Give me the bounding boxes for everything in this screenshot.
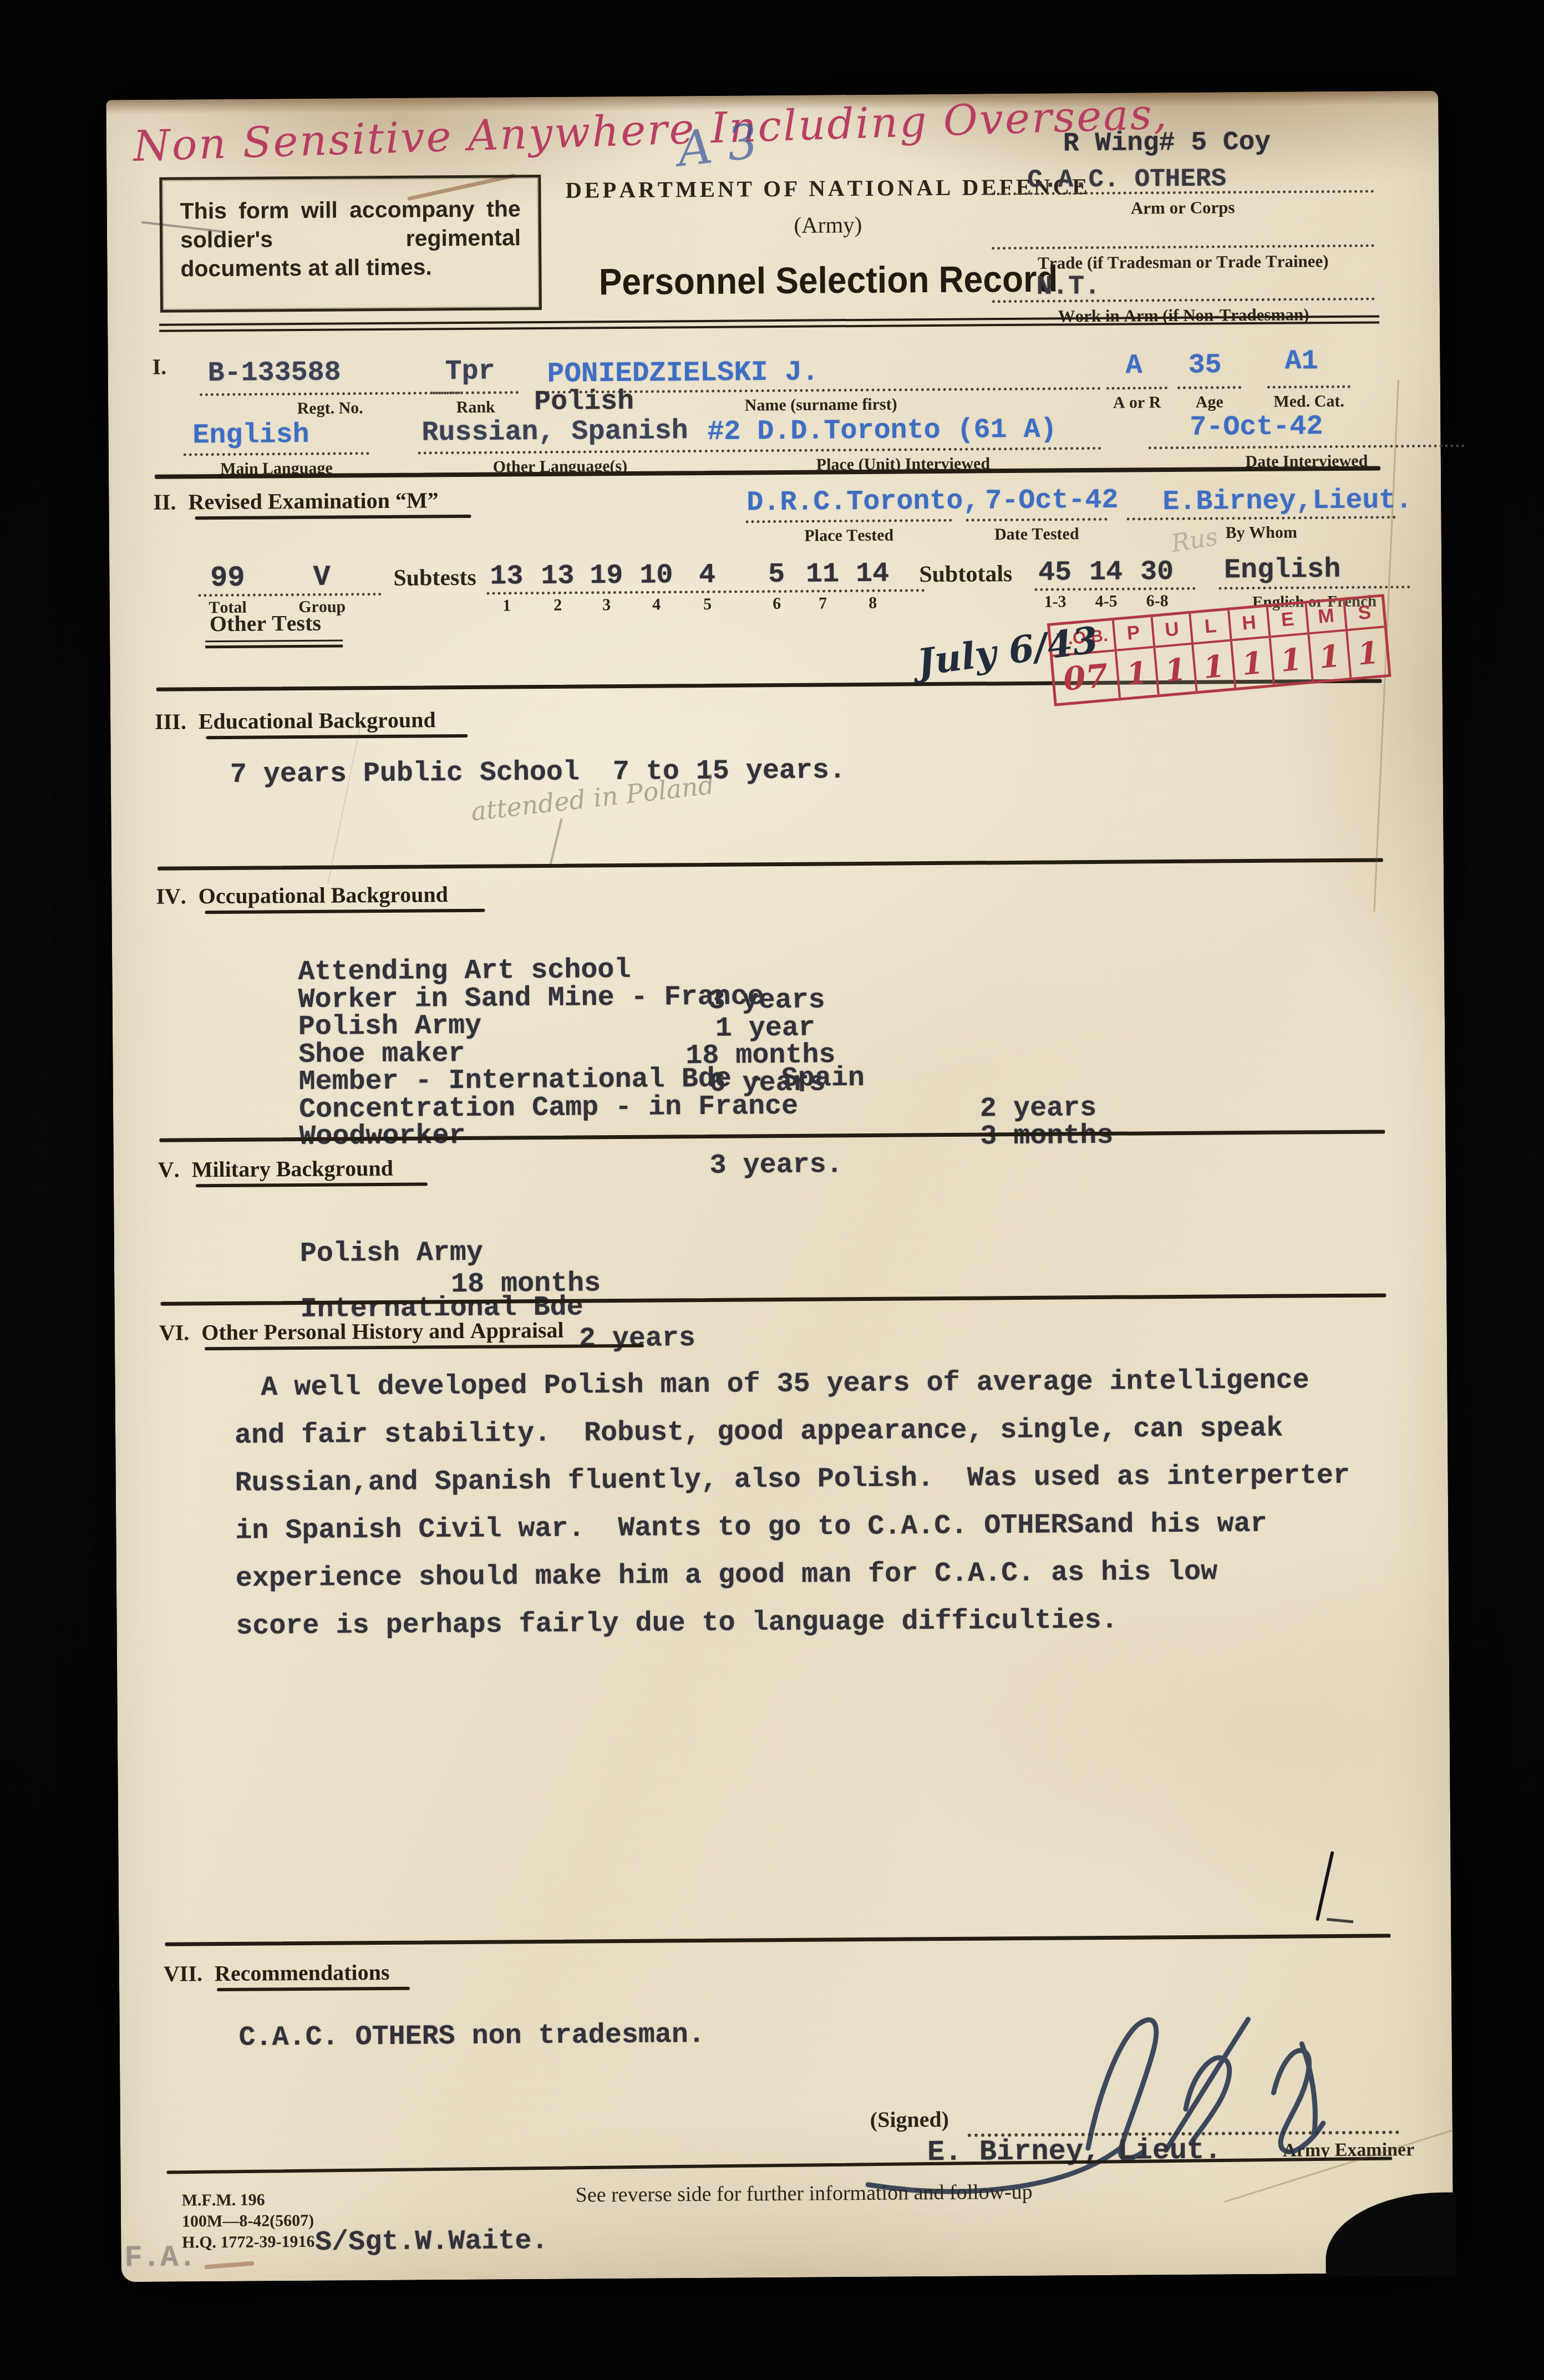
other-tests-underline xyxy=(205,639,343,648)
ghost-stamp-dashes xyxy=(204,2261,254,2270)
reverse-side-note: See reverse side for further information… xyxy=(576,2180,1033,2208)
stamp-m-value: 1 xyxy=(1309,631,1350,680)
stamp-p-value: 1 xyxy=(1117,648,1157,698)
main-language-field: Main Language xyxy=(184,452,369,453)
section6-numeral: VI. xyxy=(159,1319,190,1345)
ink-check-tick xyxy=(1327,1918,1353,1924)
stamp-l-header: L xyxy=(1191,611,1230,645)
education-line: 7 years Public School 7 to 15 years. xyxy=(230,755,846,791)
subtest-8-index: 8 xyxy=(852,595,894,612)
signature-script xyxy=(825,1989,1345,2208)
section4-numeral: IV. xyxy=(156,883,186,909)
language-leader-line xyxy=(1218,586,1410,589)
unit-line: R Wing# 5 Coy xyxy=(1063,128,1271,159)
paper-crease xyxy=(327,721,362,884)
stamp-col-s: S 1 xyxy=(1345,597,1389,678)
section7-title: Recommendations xyxy=(215,1959,390,1986)
section7-heading: VII. Recommendations xyxy=(164,1959,390,1987)
ink-check-stroke xyxy=(1316,1851,1334,1921)
section5-heading: V. Military Background xyxy=(158,1155,394,1183)
section2-heading: II. Revised Examination “M” xyxy=(153,487,439,515)
tested-by-label: By Whom xyxy=(1127,522,1396,543)
stamp-u-header: U xyxy=(1152,614,1191,648)
print-run-code: 100M—8-42(5607) xyxy=(182,2211,314,2231)
med-cat-value: A1 xyxy=(1284,345,1318,377)
regt-no-line xyxy=(200,391,460,396)
section6-heading: VI. Other Personal History and Appraisal xyxy=(159,1317,564,1346)
notice-text: This form will accompany the soldier's r… xyxy=(180,194,521,283)
section3-numeral: III. xyxy=(155,708,186,734)
trade-field: Trade (if Tradesman or Trade Trainee) xyxy=(992,244,1374,247)
group-value: V xyxy=(286,563,358,592)
rank-line xyxy=(433,391,519,394)
total-value: 99 xyxy=(191,563,263,593)
subtotal-1: 45 1-3 xyxy=(1030,559,1080,611)
rank-label: Rank xyxy=(433,398,519,417)
form-page: Non Sensitive Anywhere Including Oversea… xyxy=(106,91,1453,2282)
place-interviewed-value: #2 D.D.Toronto (61 A) xyxy=(707,414,1057,447)
stamp-e-value: 1 xyxy=(1271,635,1311,684)
appraisal-line: A well developed Polish man of 35 years … xyxy=(261,1365,1309,1403)
military-duration: 2 years xyxy=(579,1323,695,1355)
subtest-1-index: 1 xyxy=(486,597,528,614)
section3-underline xyxy=(206,734,468,739)
main-language-value: English xyxy=(192,419,309,451)
stamp-col-u: U 1 xyxy=(1152,614,1198,695)
a-or-r-label: A or R xyxy=(1106,393,1167,413)
other-language-field: Other Language(s) xyxy=(418,450,702,452)
section5-underline xyxy=(196,1182,428,1187)
subtests-label: Subtests xyxy=(393,565,476,592)
stamp-h-header: H xyxy=(1230,607,1268,642)
date-tested-value: 7-Oct-42 xyxy=(985,485,1118,517)
subtotal-1-range: 1-3 xyxy=(1030,593,1080,611)
appraisal-line: and fair stability. Robust, good appeara… xyxy=(235,1413,1283,1452)
date-interviewed-field: Date Interviewed xyxy=(1149,444,1465,446)
section2-numeral: II. xyxy=(153,489,176,515)
rank-value: Tpr xyxy=(445,356,495,388)
section3-heading: III. Educational Background xyxy=(155,706,436,735)
blue-overlay-mark: A 3 xyxy=(675,114,760,177)
stamp-p-header: P xyxy=(1114,617,1153,652)
subtest-7-value: 11 xyxy=(801,561,844,589)
subtest-6: 5 6 xyxy=(755,561,798,613)
subtest-5-index: 5 xyxy=(687,596,729,613)
section6-title: Other Personal History and Appraisal xyxy=(201,1317,564,1346)
place-interviewed-line xyxy=(705,447,1101,452)
notice-box: This form will accompany the soldier's r… xyxy=(159,175,542,313)
age-value: 35 xyxy=(1188,349,1221,381)
subtest-3-index: 3 xyxy=(586,597,628,614)
subtotals-label: Subtotals xyxy=(919,561,1012,588)
section2-underline xyxy=(195,515,471,520)
rank-field: Rank xyxy=(433,391,519,391)
section7-underline xyxy=(217,1987,410,1991)
subtest-1-value: 13 xyxy=(485,563,527,591)
stamp-col-m: M 1 xyxy=(1307,600,1352,681)
ghost-stamp-text: F.A. xyxy=(124,2241,196,2275)
appraisal-line: score is perhaps fairly due to language … xyxy=(236,1605,1118,1642)
subtest-6-value: 5 xyxy=(755,561,798,589)
arm-corps-label: Arm or Corps xyxy=(992,196,1374,219)
section4-underline xyxy=(205,909,485,914)
total-cell: 99 Total xyxy=(191,563,264,616)
subtest-4-value: 10 xyxy=(635,562,677,590)
age-label: Age xyxy=(1177,393,1241,412)
subtotal-2-range: 4-5 xyxy=(1081,593,1131,611)
subtotal-3-range: 6-8 xyxy=(1132,593,1182,610)
stamp-col-l: L 1 xyxy=(1191,611,1237,691)
name-value: PONIEDZIELSKI J. xyxy=(547,357,819,390)
section5-numeral: V. xyxy=(158,1157,180,1183)
hq-code: H.Q. 1772-39-1916 xyxy=(182,2232,314,2252)
a-or-r-value: A xyxy=(1125,350,1142,382)
other-tests-label: Other Tests xyxy=(210,610,321,637)
torn-corner xyxy=(1325,2193,1456,2277)
subtest-7-index: 7 xyxy=(802,595,844,612)
place-tested-value: D.R.C.Toronto, xyxy=(746,485,979,518)
subtest-7: 11 7 xyxy=(801,561,844,612)
tested-by-value: E.Birney,Lieut. xyxy=(1162,485,1412,518)
nationality-value: Polish xyxy=(534,386,634,418)
subtest-4: 10 4 xyxy=(635,562,678,613)
form-number: M.F.M. 196 xyxy=(182,2191,265,2210)
trade-label: Trade (if Tradesman or Trade Trainee) xyxy=(992,251,1374,273)
regt-no-field: Regt. No. xyxy=(200,391,460,393)
subtest-2-index: 2 xyxy=(537,597,579,614)
stamp-e-header: E xyxy=(1268,604,1307,638)
age-field: Age xyxy=(1177,386,1241,387)
subtest-2-value: 13 xyxy=(536,563,578,591)
place-tested-field: Place Tested xyxy=(746,519,952,521)
pencil-stroke xyxy=(550,818,563,865)
occupation-duration: 3 years. xyxy=(710,1149,843,1182)
test-language-value: English xyxy=(1224,554,1340,586)
stamp-u-value: 1 xyxy=(1155,645,1196,694)
subtest-1: 13 1 xyxy=(485,563,528,614)
stamp-s-header: S xyxy=(1345,597,1384,632)
work-in-arm-value: N.T. xyxy=(1037,272,1101,302)
age-line xyxy=(1177,386,1241,389)
section4-heading: IV. Occupational Background xyxy=(156,881,448,909)
a-or-r-line xyxy=(1106,387,1167,390)
regt-no-value: B-133588 xyxy=(208,357,341,389)
med-cat-field: Med. Cat. xyxy=(1267,385,1350,386)
arm-corps-value: C.A.C. OTHERS xyxy=(1027,164,1226,195)
date-interviewed-line xyxy=(1149,444,1465,449)
red-handwritten-note: Non Sensitive Anywhere Including Oversea… xyxy=(133,89,1169,171)
header-divider xyxy=(159,315,1379,332)
clerk-name-typed: S/Sgt.W.Waite. xyxy=(315,2225,548,2259)
subtest-3-value: 19 xyxy=(585,562,627,591)
subtest-5: 4 5 xyxy=(686,562,729,613)
section1-numeral: I. xyxy=(152,354,166,380)
stamp-s-value: 1 xyxy=(1348,628,1388,677)
date-interviewed-value: 7-Oct-42 xyxy=(1190,411,1323,444)
section2-title: Revised Examination “M” xyxy=(188,487,438,515)
date-tested-field: Date Tested xyxy=(966,518,1108,519)
stamp-col-h: H 1 xyxy=(1230,607,1275,688)
recommendation-line: C.A.C. OTHERS non tradesman. xyxy=(238,2019,705,2054)
section6-divider xyxy=(165,1934,1390,1946)
regt-no-label: Regt. No. xyxy=(200,398,460,419)
scan-backdrop: Non Sensitive Anywhere Including Oversea… xyxy=(0,0,1544,2380)
subtotal-2-value: 14 xyxy=(1081,559,1131,587)
main-language-line xyxy=(184,452,369,456)
appraisal-line: Russian,and Spanish fluently, also Polis… xyxy=(235,1460,1350,1499)
subtest-5-value: 4 xyxy=(686,562,728,590)
section3-title: Educational Background xyxy=(199,706,436,734)
section3-divider xyxy=(158,858,1383,870)
appraisal-line: experience should make him a good man fo… xyxy=(236,1557,1218,1595)
other-language-value: Russian, Spanish xyxy=(421,415,688,449)
subtest-2: 13 2 xyxy=(536,563,579,614)
stamp-l-value: 1 xyxy=(1193,642,1234,691)
stamp-col-p: P 1 xyxy=(1114,617,1160,698)
subtotal-3-value: 30 xyxy=(1132,558,1182,587)
section5-title: Military Background xyxy=(191,1155,393,1183)
subtest-8: 14 8 xyxy=(851,561,894,612)
subtest-6-index: 6 xyxy=(756,596,798,613)
med-cat-label: Med. Cat. xyxy=(1267,392,1350,411)
subtotal-3: 30 6-8 xyxy=(1132,558,1182,610)
a-or-r-field: A or R xyxy=(1106,387,1167,387)
stamp-h-value: 1 xyxy=(1232,638,1273,688)
date-tested-line xyxy=(966,518,1108,522)
section4-title: Occupational Background xyxy=(199,881,448,909)
subtest-4-index: 4 xyxy=(636,596,678,613)
other-language-line xyxy=(418,450,702,455)
med-cat-line xyxy=(1267,385,1350,389)
place-tested-label: Place Tested xyxy=(746,526,952,546)
place-tested-line xyxy=(746,519,952,523)
subtest-3: 19 3 xyxy=(585,562,628,614)
trade-line xyxy=(992,244,1374,250)
date-tested-label: Date Tested xyxy=(966,525,1108,545)
group-cell: V Group xyxy=(286,563,358,616)
section7-numeral: VII. xyxy=(164,1960,202,1986)
subtest-8-value: 14 xyxy=(851,561,893,589)
stamp-m-header: M xyxy=(1307,601,1345,635)
subtotal-2: 14 4-5 xyxy=(1081,559,1131,611)
subtotal-1-value: 45 xyxy=(1030,559,1080,587)
appraisal-line: in Spanish Civil war. Wants to go to C.A… xyxy=(235,1508,1267,1547)
stamp-col-e: E 1 xyxy=(1268,603,1314,684)
